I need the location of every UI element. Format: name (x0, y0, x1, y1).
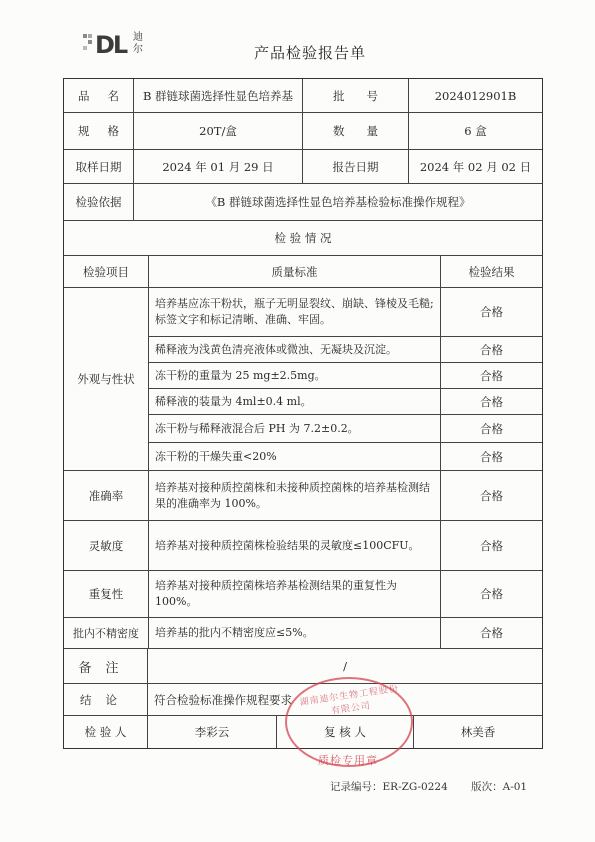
page-title: 产品检验报告单 (254, 42, 366, 63)
reviewer-name: 林美香 (414, 716, 542, 748)
logo-pixel (83, 34, 87, 38)
spec-value: 20T/盒 (134, 113, 303, 149)
inspection-section-title: 检 验 情 况 (64, 221, 542, 255)
report-table: 品名 B 群链球菌选择性显色培养基 批号 2024012901B 规格 20T/… (63, 78, 543, 749)
result-text: 合格 (441, 618, 542, 648)
table-row: 稀释液为浅黄色清亮液体或微浊、无凝块及沉淀。 合格 (149, 337, 542, 363)
standard-text: 冻干粉与稀释液混合后 PH 为 7.2±0.2。 (149, 415, 441, 442)
appearance-subrows: 培养基应冻干粉状，瓶子无明显裂纹、崩缺、锋棱及毛糙;标签文字和标记清晰、准确、牢… (149, 288, 542, 470)
row-basis: 检验依据 《B 群链球菌选择性显色培养基检验标准操作规程》 (64, 184, 542, 221)
group-repeatability: 重复性 培养基对接种质控菌株培养基检测结果的重复性为 100%。 合格 (64, 571, 542, 618)
col-header-standard: 质量标准 (149, 256, 441, 287)
report-date-value: 2024 年 02 月 02 日 (409, 150, 542, 183)
item-repeatability: 重复性 (64, 571, 149, 617)
item-appearance: 外观与性状 (64, 288, 149, 470)
quantity-label: 数量 (303, 113, 409, 149)
record-number: 记录编号：ER-ZG-0224 (330, 781, 448, 793)
batch-value: 2024012901B (409, 79, 542, 112)
standard-text: 稀释液为浅黄色清亮液体或微浊、无凝块及沉淀。 (149, 337, 441, 362)
row-section-title: 检 验 情 况 (64, 221, 542, 256)
row-signatures: 检 验 人 李彩云 复 核 人 林美香 (64, 716, 542, 748)
standard-text: 培养基应冻干粉状，瓶子无明显裂纹、崩缺、锋棱及毛糙;标签文字和标记清晰、准确、牢… (149, 288, 441, 336)
row-column-headers: 检验项目 质量标准 检验结果 (64, 256, 542, 288)
table-row: 冻干粉的干燥失重<20% 合格 (149, 443, 542, 470)
table-row: 培养基应冻干粉状，瓶子无明显裂纹、崩缺、锋棱及毛糙;标签文字和标记清晰、准确、牢… (149, 288, 542, 337)
group-appearance: 外观与性状 培养基应冻干粉状，瓶子无明显裂纹、崩缺、锋棱及毛糙;标签文字和标记清… (64, 288, 542, 471)
row-product-name: 品名 B 群链球菌选择性显色培养基 批号 2024012901B (64, 79, 542, 113)
standard-text: 培养基的批内不精密度应≤5%。 (149, 618, 441, 648)
footer: 记录编号：ER-ZG-0224 版次：A-01 (330, 779, 547, 794)
group-accuracy: 准确率 培养基对接种质控菌株和未接种质控菌株的培养基检测结果的准确率为 100%… (64, 471, 542, 521)
standard-text: 培养基对接种质控菌株检验结果的灵敏度≤100CFU。 (149, 521, 441, 570)
spec-label: 规格 (64, 113, 134, 149)
standard-text: 冻干粉的重量为 25 mg±2.5mg。 (149, 363, 441, 388)
group-imprecision: 批内不精密度 培养基的批内不精密度应≤5%。 合格 (64, 618, 542, 649)
sampling-date-value: 2024 年 01 月 29 日 (134, 150, 303, 183)
product-name-label: 品名 (64, 79, 134, 112)
col-header-item: 检验项目 (64, 256, 149, 287)
report-date-label: 报告日期 (303, 150, 409, 183)
item-imprecision: 批内不精密度 (64, 618, 149, 648)
remarks-value: / (148, 649, 542, 683)
item-accuracy: 准确率 (64, 471, 149, 520)
stamp-seal-text: 质检专用章 (318, 752, 378, 768)
product-name-value: B 群链球菌选择性显色培养基 (134, 79, 303, 112)
row-dates: 取样日期 2024 年 01 月 29 日 报告日期 2024 年 02 月 0… (64, 150, 542, 184)
result-text: 合格 (441, 571, 542, 617)
basis-value: 《B 群链球菌选择性显色培养基检验标准操作规程》 (134, 184, 542, 220)
reviewer-label: 复 核 人 (277, 716, 414, 748)
inspector-name: 李彩云 (148, 716, 277, 748)
result-text: 合格 (441, 471, 542, 520)
standard-text: 冻干粉的干燥失重<20% (149, 443, 441, 470)
row-spec: 规格 20T/盒 数量 6 盒 (64, 113, 542, 150)
result-text: 合格 (441, 443, 542, 470)
group-sensitivity: 灵敏度 培养基对接种质控菌株检验结果的灵敏度≤100CFU。 合格 (64, 521, 542, 571)
standard-text: 培养基对接种质控菌株培养基检测结果的重复性为 100%。 (149, 571, 441, 617)
basis-label: 检验依据 (64, 184, 134, 220)
result-text: 合格 (441, 363, 542, 388)
row-remarks: 备注 / (64, 649, 542, 684)
col-header-result: 检验结果 (441, 256, 542, 287)
result-text: 合格 (441, 288, 542, 336)
standard-text: 培养基对接种质控菌株和未接种质控菌株的培养基检测结果的准确率为 100%。 (149, 471, 441, 520)
inspector-label: 检 验 人 (64, 716, 148, 748)
remarks-label: 备注 (64, 649, 148, 683)
table-row: 冻干粉的重量为 25 mg±2.5mg。 合格 (149, 363, 542, 389)
quantity-value: 6 盒 (409, 113, 542, 149)
standard-text: 稀释液的装量为 4ml±0.4 ml。 (149, 389, 441, 414)
logo-pixel (88, 34, 92, 38)
sampling-date-label: 取样日期 (64, 150, 134, 183)
conclusion-label: 结论 (64, 684, 148, 715)
version: 版次：A-01 (471, 781, 527, 793)
result-text: 合格 (441, 415, 542, 442)
result-text: 合格 (441, 389, 542, 414)
table-row: 稀释液的装量为 4ml±0.4 ml。 合格 (149, 389, 542, 415)
logo-pixel (83, 46, 87, 50)
result-text: 合格 (441, 337, 542, 362)
logo-cn: 迪 尔 (133, 32, 143, 56)
table-row: 冻干粉与稀释液混合后 PH 为 7.2±0.2。 合格 (149, 415, 542, 443)
item-sensitivity: 灵敏度 (64, 521, 149, 570)
batch-label: 批号 (303, 79, 409, 112)
logo-pixel (88, 40, 92, 44)
result-text: 合格 (441, 521, 542, 570)
logo-mark: DL (95, 32, 126, 58)
company-logo: DL 迪 尔 (83, 30, 153, 60)
